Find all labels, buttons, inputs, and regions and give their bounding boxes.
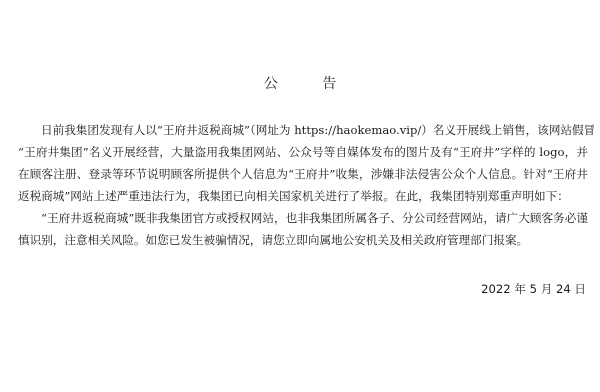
paragraph-line: “王府井返税商城”既非我集团官方或授权网站，也非我集团所属各子、分公司经营网站，…	[18, 207, 588, 229]
paragraph-line: 日前我集团发现有人以“王府井返税商城”（网址为 https://haokemao…	[18, 119, 588, 141]
paragraph-line: 慎识别，注意相关风险。如您已发生被骗情况，请您立即向属地公安机关及相关政府管理部…	[18, 229, 588, 251]
paragraph-line: 在顾客注册、登录等环节说明顾客所提供个人信息为“王府井”收集，涉嫌非法侵害公众个…	[18, 163, 588, 185]
announcement-date: 2022 年 5 月 24 日	[481, 281, 586, 297]
announcement-body: 日前我集团发现有人以“王府井返税商城”（网址为 https://haokemao…	[18, 119, 588, 251]
page-title: 公 告	[0, 73, 600, 93]
paragraph-line: “王府井集团”名义开展经营，大量盗用我集团网站、公众号等自媒体发布的图片及有“王…	[18, 141, 588, 163]
paragraph-line: 返税商城”网站上述严重违法行为，我集团已向相关国家机关进行了举报。在此，我集团特…	[18, 185, 588, 207]
paragraph-1: 日前我集团发现有人以“王府井返税商城”（网址为 https://haokemao…	[18, 119, 588, 207]
paragraph-2: “王府井返税商城”既非我集团官方或授权网站，也非我集团所属各子、分公司经营网站，…	[18, 207, 588, 251]
